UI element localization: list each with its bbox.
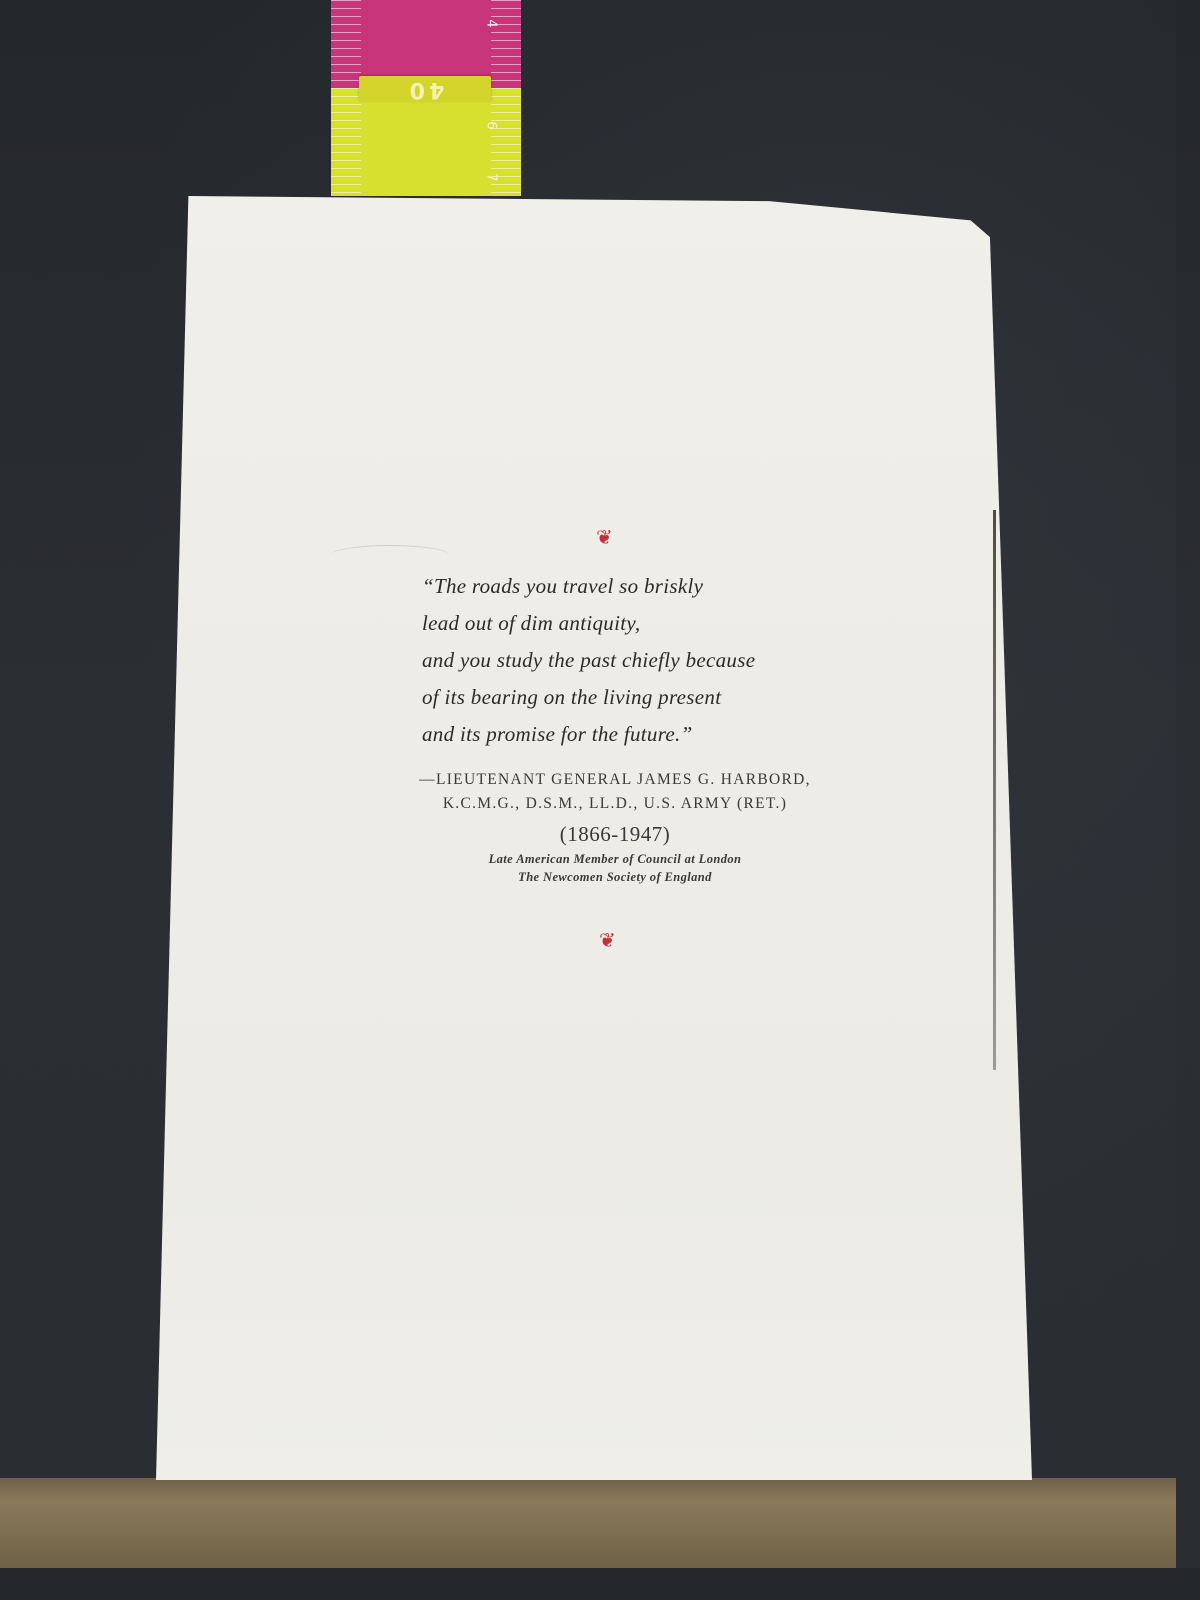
quote-line: and its promise for the future.” [422, 716, 842, 753]
fleuron-ornament-icon: ❦ [599, 930, 616, 950]
paper-crease [330, 545, 450, 566]
quote-line: “The roads you travel so briskly [422, 568, 842, 605]
quote-block: “The roads you travel so briskly lead ou… [422, 568, 842, 753]
quote-line: lead out of dim antiquity, [422, 605, 842, 642]
attribution-block: —LIEUTENANT GENERAL JAMES G. HARBORD, K.… [390, 768, 840, 886]
fleuron-ornament-icon: ❦ [596, 527, 613, 547]
quote-line: of its bearing on the living present [422, 679, 842, 716]
cover-content: ❦ “The roads you travel so briskly lead … [0, 0, 1176, 1568]
attribution-honors: K.C.M.G., D.S.M., LL.D., U.S. ARMY (RET.… [390, 792, 840, 816]
attribution-note: The Newcomen Society of England [390, 868, 840, 886]
quote-line: and you study the past chiefly because [422, 642, 842, 679]
attribution-note: Late American Member of Council at Londo… [390, 850, 840, 868]
attribution-name: —LIEUTENANT GENERAL JAMES G. HARBORD, [390, 768, 840, 792]
attribution-dates: (1866-1947) [390, 818, 840, 850]
